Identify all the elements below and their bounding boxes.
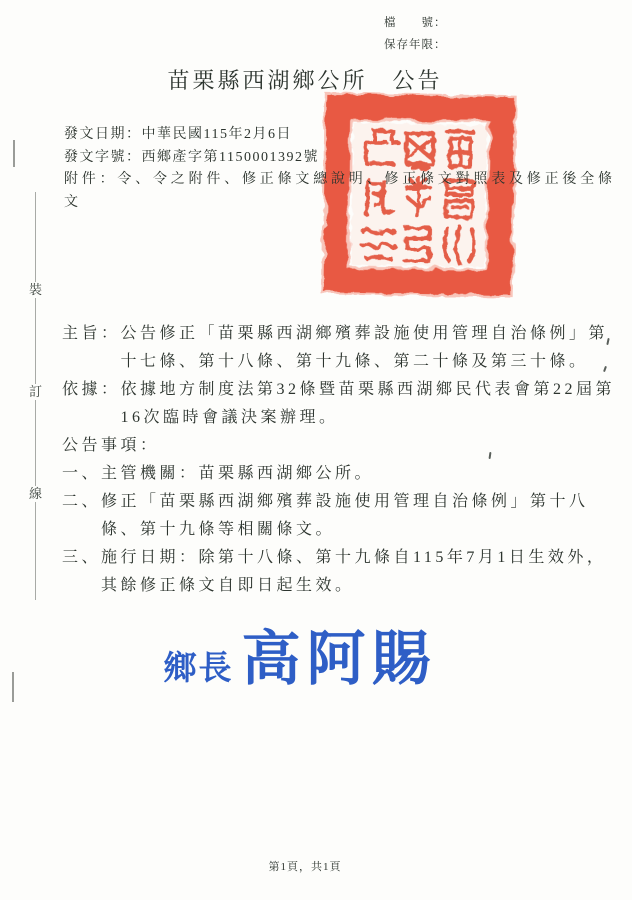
document-page: 檔 號： 保存年限： 苗栗縣西湖鄉公所 公告 <box>0 0 632 900</box>
basis-paragraph: 依據：依據地方制度法第32條暨苗栗縣西湖鄉民代表會第22屆第16次臨時會議決案辦… <box>62 376 618 432</box>
item-text: 修正「苗栗縣西湖鄉殯葬設施使用管理自治條例」第十八條、第十九條等相關條文。 <box>101 493 589 538</box>
document-title: 苗栗縣西湖鄉公所 公告 <box>0 64 610 95</box>
archive-label-block: 檔 號： 保存年限： <box>384 12 447 56</box>
issue-date-value: 中華民國115年2月6日 <box>142 127 292 142</box>
announcement-item-3: 三、施行日期：除第十八條、第十九條自115年7月1日生效外，其餘修正條文自即日起… <box>62 544 618 600</box>
binding-mark-zhuang: 裝 <box>26 282 45 298</box>
mayor-signature-block: 鄉長 高阿賜 <box>0 630 600 689</box>
attachment-line: 附件：令、令之附件、修正條文總說明、修正條文對照表及修正後全條文 <box>64 169 624 214</box>
doc-number-value: 西鄉產字第1150001392號 <box>142 150 319 165</box>
edge-tick-top <box>13 140 15 167</box>
binding-mark-ding: 訂 <box>26 384 45 400</box>
attachment-label: 附件： <box>64 172 117 187</box>
subject-paragraph: 主旨：公告修正「苗栗縣西湖鄉殯葬設施使用管理自治條例」第十七條、第十八條、第十九… <box>62 320 618 376</box>
doc-number-label: 發文字號： <box>64 150 142 165</box>
mayor-name-stamp: 高阿賜 <box>241 630 436 689</box>
basis-text: 依據地方制度法第32條暨苗栗縣西湖鄉民代表會第22屆第16次臨時會議決案辦理。 <box>121 381 616 426</box>
document-meta: 發文日期：中華民國115年2月6日 發文字號：西鄉產字第1150001392號 … <box>64 124 624 214</box>
item-number: 三、 <box>62 549 101 566</box>
item-number: 一、 <box>62 465 101 482</box>
items-header: 公告事項： <box>62 432 618 460</box>
attachment-value: 令、令之附件、修正條文總說明、修正條文對照表及修正後全條文 <box>64 172 616 210</box>
file-number-label: 檔 號： <box>384 12 447 34</box>
announcement-body: 主旨：公告修正「苗栗縣西湖鄉殯葬設施使用管理自治條例」第十七條、第十八條、第十九… <box>62 320 618 600</box>
page-number: 第1頁，共1頁 <box>0 858 610 874</box>
mayor-title: 鄉長 <box>163 642 233 689</box>
announcement-item-1: 一、主管機關：苗栗縣西湖鄉公所。 <box>62 460 618 488</box>
announcement-item-2: 二、修正「苗栗縣西湖鄉殯葬設施使用管理自治條例」第十八條、第十九條等相關條文。 <box>62 488 618 544</box>
subject-label: 主旨： <box>62 325 121 342</box>
basis-label: 依據： <box>62 381 121 398</box>
item-text: 主管機關：苗栗縣西湖鄉公所。 <box>101 465 374 482</box>
issue-date-line: 發文日期：中華民國115年2月6日 <box>64 124 624 147</box>
item-number: 二、 <box>62 493 101 510</box>
subject-text: 公告修正「苗栗縣西湖鄉殯葬設施使用管理自治條例」第十七條、第十八條、第十九條、第… <box>121 325 609 370</box>
retention-period-label: 保存年限： <box>384 34 447 56</box>
doc-number-line: 發文字號：西鄉產字第1150001392號 <box>64 147 624 170</box>
binding-mark-xian: 線 <box>26 486 45 502</box>
item-text: 施行日期：除第十八條、第十九條自115年7月1日生效外，其餘修正條文自即日起生效… <box>101 549 606 594</box>
issue-date-label: 發文日期： <box>64 127 142 142</box>
